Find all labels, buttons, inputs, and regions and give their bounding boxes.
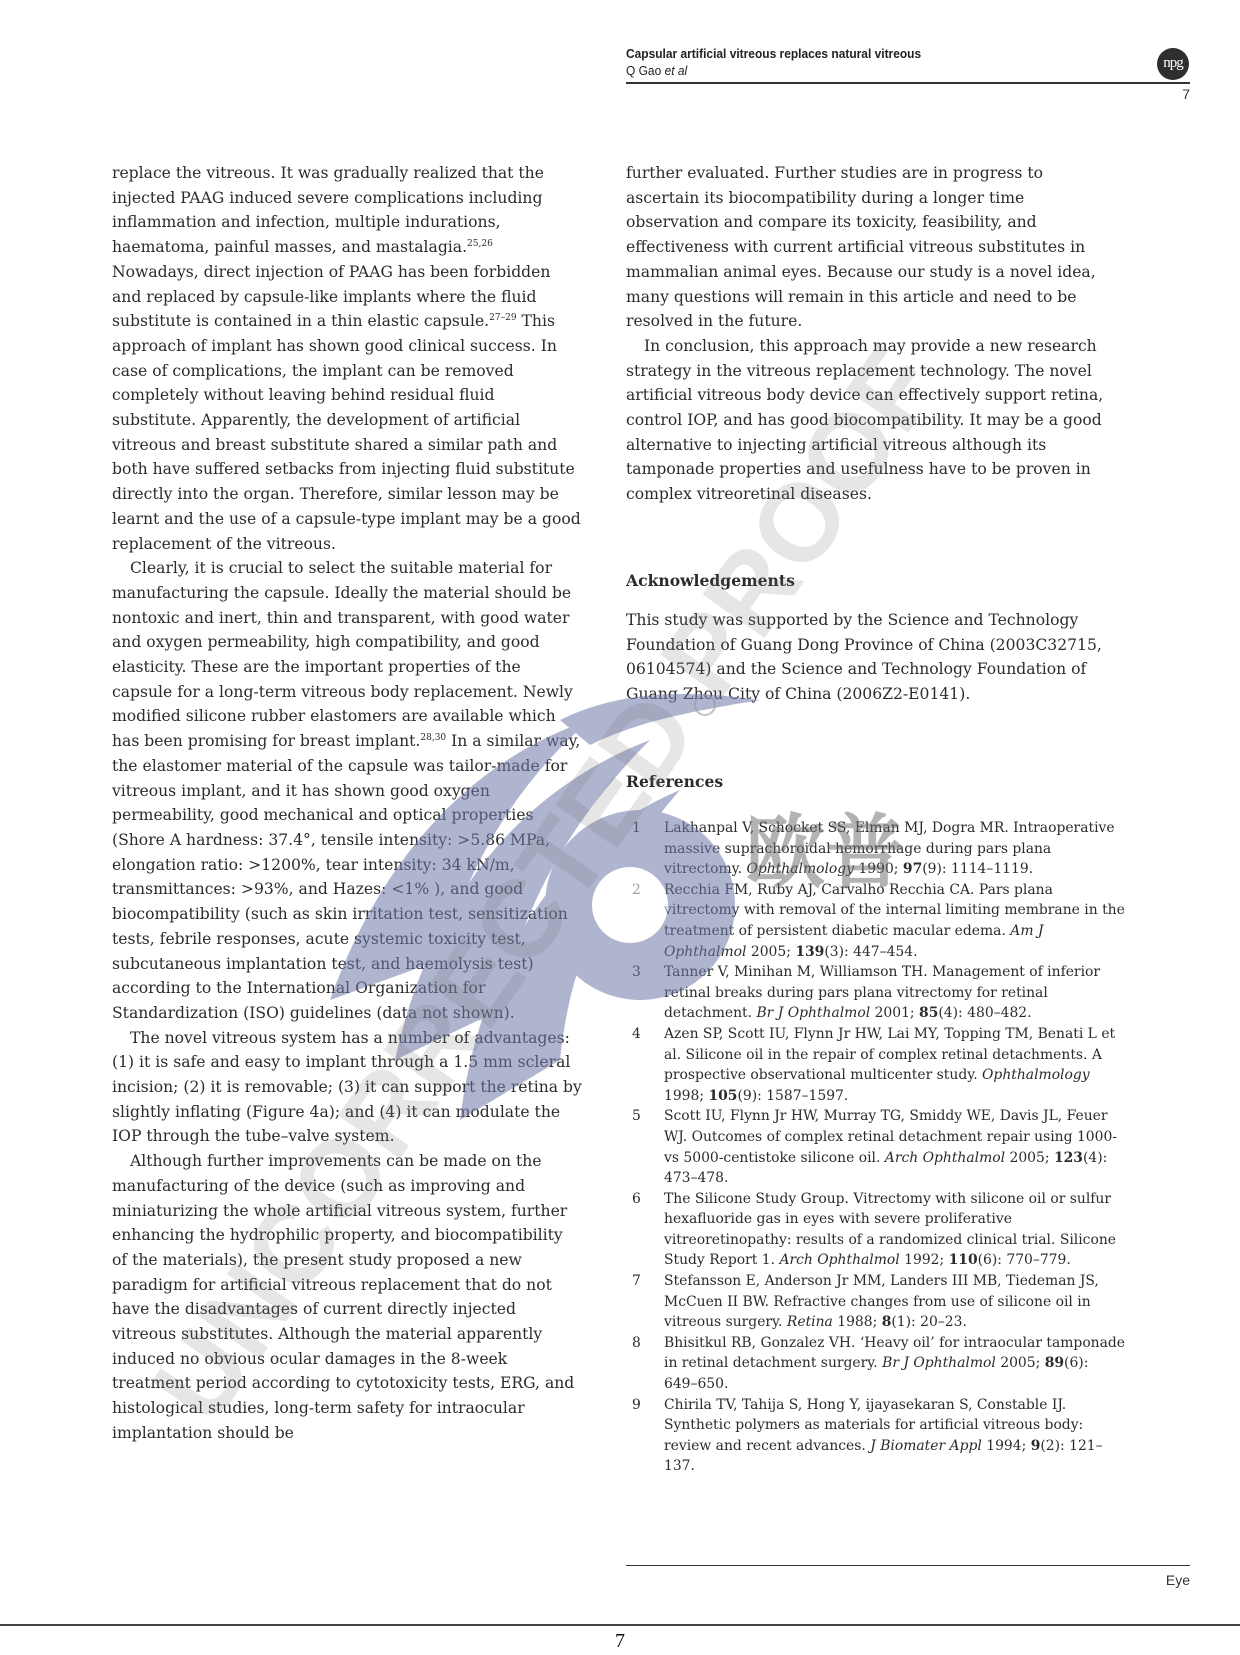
paragraph: replace the vitreous. It was gradually r… [112, 161, 582, 556]
left-column: replace the vitreous. It was gradually r… [112, 161, 582, 1446]
acknowledgements-heading: Acknowledgements [626, 571, 795, 590]
header-rule [626, 82, 1190, 84]
reference-item: 3Tanner V, Minihan M, Williamson TH. Man… [626, 962, 1126, 1024]
citation: 28,30 [420, 733, 446, 743]
reference-item: 1Lakhanpal V, Schocket SS, Elman MJ, Dog… [626, 818, 1126, 880]
footer-rule [626, 1565, 1190, 1566]
reference-item: 8Bhisitkul RB, Gonzalez VH. ‘Heavy oil’ … [626, 1333, 1126, 1395]
reference-list: 1Lakhanpal V, Schocket SS, Elman MJ, Dog… [626, 818, 1126, 1477]
reference-item: 7Stefansson E, Anderson Jr MM, Landers I… [626, 1271, 1126, 1333]
reference-item: 4Azen SP, Scott IU, Flynn Jr HW, Lai MY,… [626, 1024, 1126, 1106]
page-number: 7 [0, 1630, 1240, 1653]
running-title: Capsular artificial vitreous replaces na… [626, 46, 1145, 61]
running-head: Capsular artificial vitreous replaces na… [626, 46, 1190, 78]
paragraph: In conclusion, this approach may provide… [626, 334, 1106, 507]
reference-item: 2Recchia FM, Ruby AJ, Carvalho Recchia C… [626, 880, 1126, 962]
citation: 25,26 [467, 239, 493, 249]
footer-journal-name: Eye [1166, 1572, 1190, 1588]
npg-logo-icon: npg [1157, 48, 1189, 80]
right-column: further evaluated. Further studies are i… [626, 161, 1106, 507]
reference-item: 5Scott IU, Flynn Jr HW, Murray TG, Smidd… [626, 1106, 1126, 1188]
references-heading: References [626, 772, 723, 791]
running-author: Q Gao et al [626, 63, 1145, 78]
reference-item: 9Chirila TV, Tahija S, Hong Y, ijayaseka… [626, 1395, 1126, 1477]
paragraph: Clearly, it is crucial to select the sui… [112, 556, 582, 1025]
citation: 27–29 [489, 313, 516, 323]
acknowledgements-body: This study was supported by the Science … [626, 608, 1116, 707]
page-divider [0, 1624, 1240, 1626]
paragraph: The novel vitreous system has a number o… [112, 1026, 582, 1150]
reference-item: 6The Silicone Study Group. Vitrectomy wi… [626, 1189, 1126, 1271]
paragraph: Although further improvements can be mad… [112, 1149, 582, 1445]
header-page-number: 7 [1182, 86, 1190, 102]
paragraph: further evaluated. Further studies are i… [626, 161, 1106, 334]
